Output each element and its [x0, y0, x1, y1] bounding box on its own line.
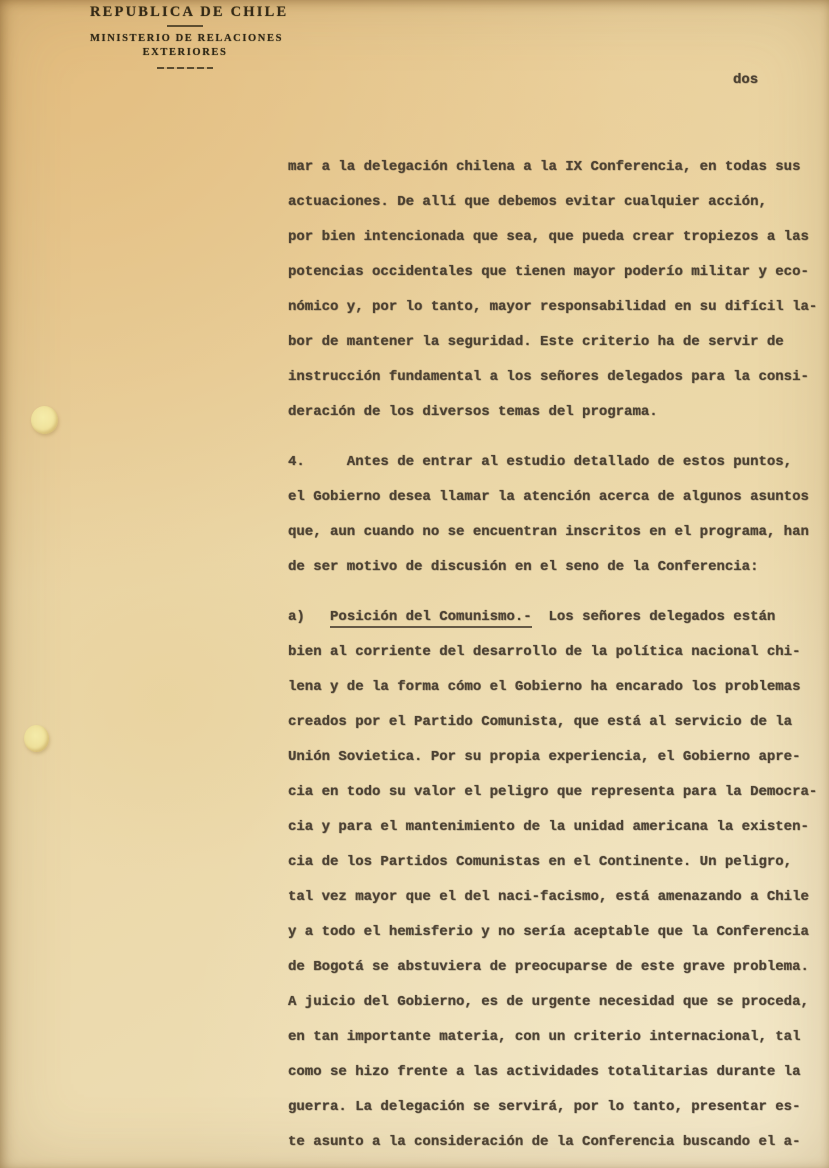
- text-line: A juicio del Gobierno, es de urgente nec…: [288, 985, 823, 1020]
- text-line: potencias occidentales que tienen mayor …: [288, 255, 823, 290]
- text-line: deración de los diversos temas del progr…: [288, 395, 823, 430]
- letterhead-rule-bottom: [157, 67, 213, 69]
- punch-hole-top: [31, 406, 58, 434]
- text-line: nómico y, por lo tanto, mayor responsabi…: [288, 290, 823, 325]
- text-line: de Bogotá se abstuviera de preocuparse d…: [288, 950, 823, 985]
- text-line: te asunto a la consideración de la Confe…: [288, 1125, 823, 1160]
- text-line: bor de mantener la seguridad. Este crite…: [288, 325, 823, 360]
- paragraph: 4. Antes de entrar al estudio detallado …: [288, 445, 823, 585]
- letterhead-ministry-line1: MINISTERIO DE RELACIONES: [90, 32, 280, 46]
- letterhead: REPUBLICA DE CHILE MINISTERIO DE RELACIO…: [90, 4, 280, 69]
- text-line: actuaciones. De allí que debemos evitar …: [288, 185, 823, 220]
- section-heading: Posición del Comunismo.-: [330, 609, 532, 628]
- text-line: lena y de la forma cómo el Gobierno ha e…: [288, 670, 823, 705]
- text-line: de ser motivo de discusión en el seno de…: [288, 550, 823, 585]
- text-line: cia y para el mantenimiento de la unidad…: [288, 810, 823, 845]
- text-line: por bien intencionada que sea, que pueda…: [288, 220, 823, 255]
- text-line: y a todo el hemisferio y no sería acepta…: [288, 915, 823, 950]
- letterhead-country: REPUBLICA DE CHILE: [90, 4, 280, 21]
- text-line: guerra. La delegación se servirá, por lo…: [288, 1090, 823, 1125]
- text-line: Unión Sovietica. Por su propia experienc…: [288, 740, 823, 775]
- text-segment: Los señores delegados están: [532, 609, 776, 625]
- text-line: que, aun cuando no se encuentran inscrit…: [288, 515, 823, 550]
- text-line: instrucción fundamental a los señores de…: [288, 360, 823, 395]
- letterhead-rule-top: [167, 25, 203, 27]
- text-line: el Gobierno desea llamar la atención ace…: [288, 480, 823, 515]
- paragraph: mar a la delegación chilena a la IX Conf…: [288, 150, 823, 430]
- text-line: bien al corriente del desarrollo de la p…: [288, 635, 823, 670]
- text-line: como se hizo frente a las actividades to…: [288, 1055, 823, 1090]
- letterhead-ministry-line2: EXTERIORES: [90, 46, 280, 60]
- text-line: en tan importante materia, con un criter…: [288, 1020, 823, 1055]
- text-line: cia en todo su valor el peligro que repr…: [288, 775, 823, 810]
- text-line: a) Posición del Comunismo.- Los señores …: [288, 600, 823, 635]
- page-number: dos: [733, 72, 758, 88]
- document-page: REPUBLICA DE CHILE MINISTERIO DE RELACIO…: [0, 0, 829, 1168]
- text-line: mar a la delegación chilena a la IX Conf…: [288, 150, 823, 185]
- text-line: creados por el Partido Comunista, que es…: [288, 705, 823, 740]
- punch-hole-bottom: [24, 725, 49, 752]
- document-body: mar a la delegación chilena a la IX Conf…: [288, 150, 823, 1168]
- text-line: tal vez mayor que el del naci-facismo, e…: [288, 880, 823, 915]
- text-segment: a): [288, 609, 330, 625]
- text-line: cia de los Partidos Comunistas en el Con…: [288, 845, 823, 880]
- paragraph: a) Posición del Comunismo.- Los señores …: [288, 600, 823, 1160]
- text-line: 4. Antes de entrar al estudio detallado …: [288, 445, 823, 480]
